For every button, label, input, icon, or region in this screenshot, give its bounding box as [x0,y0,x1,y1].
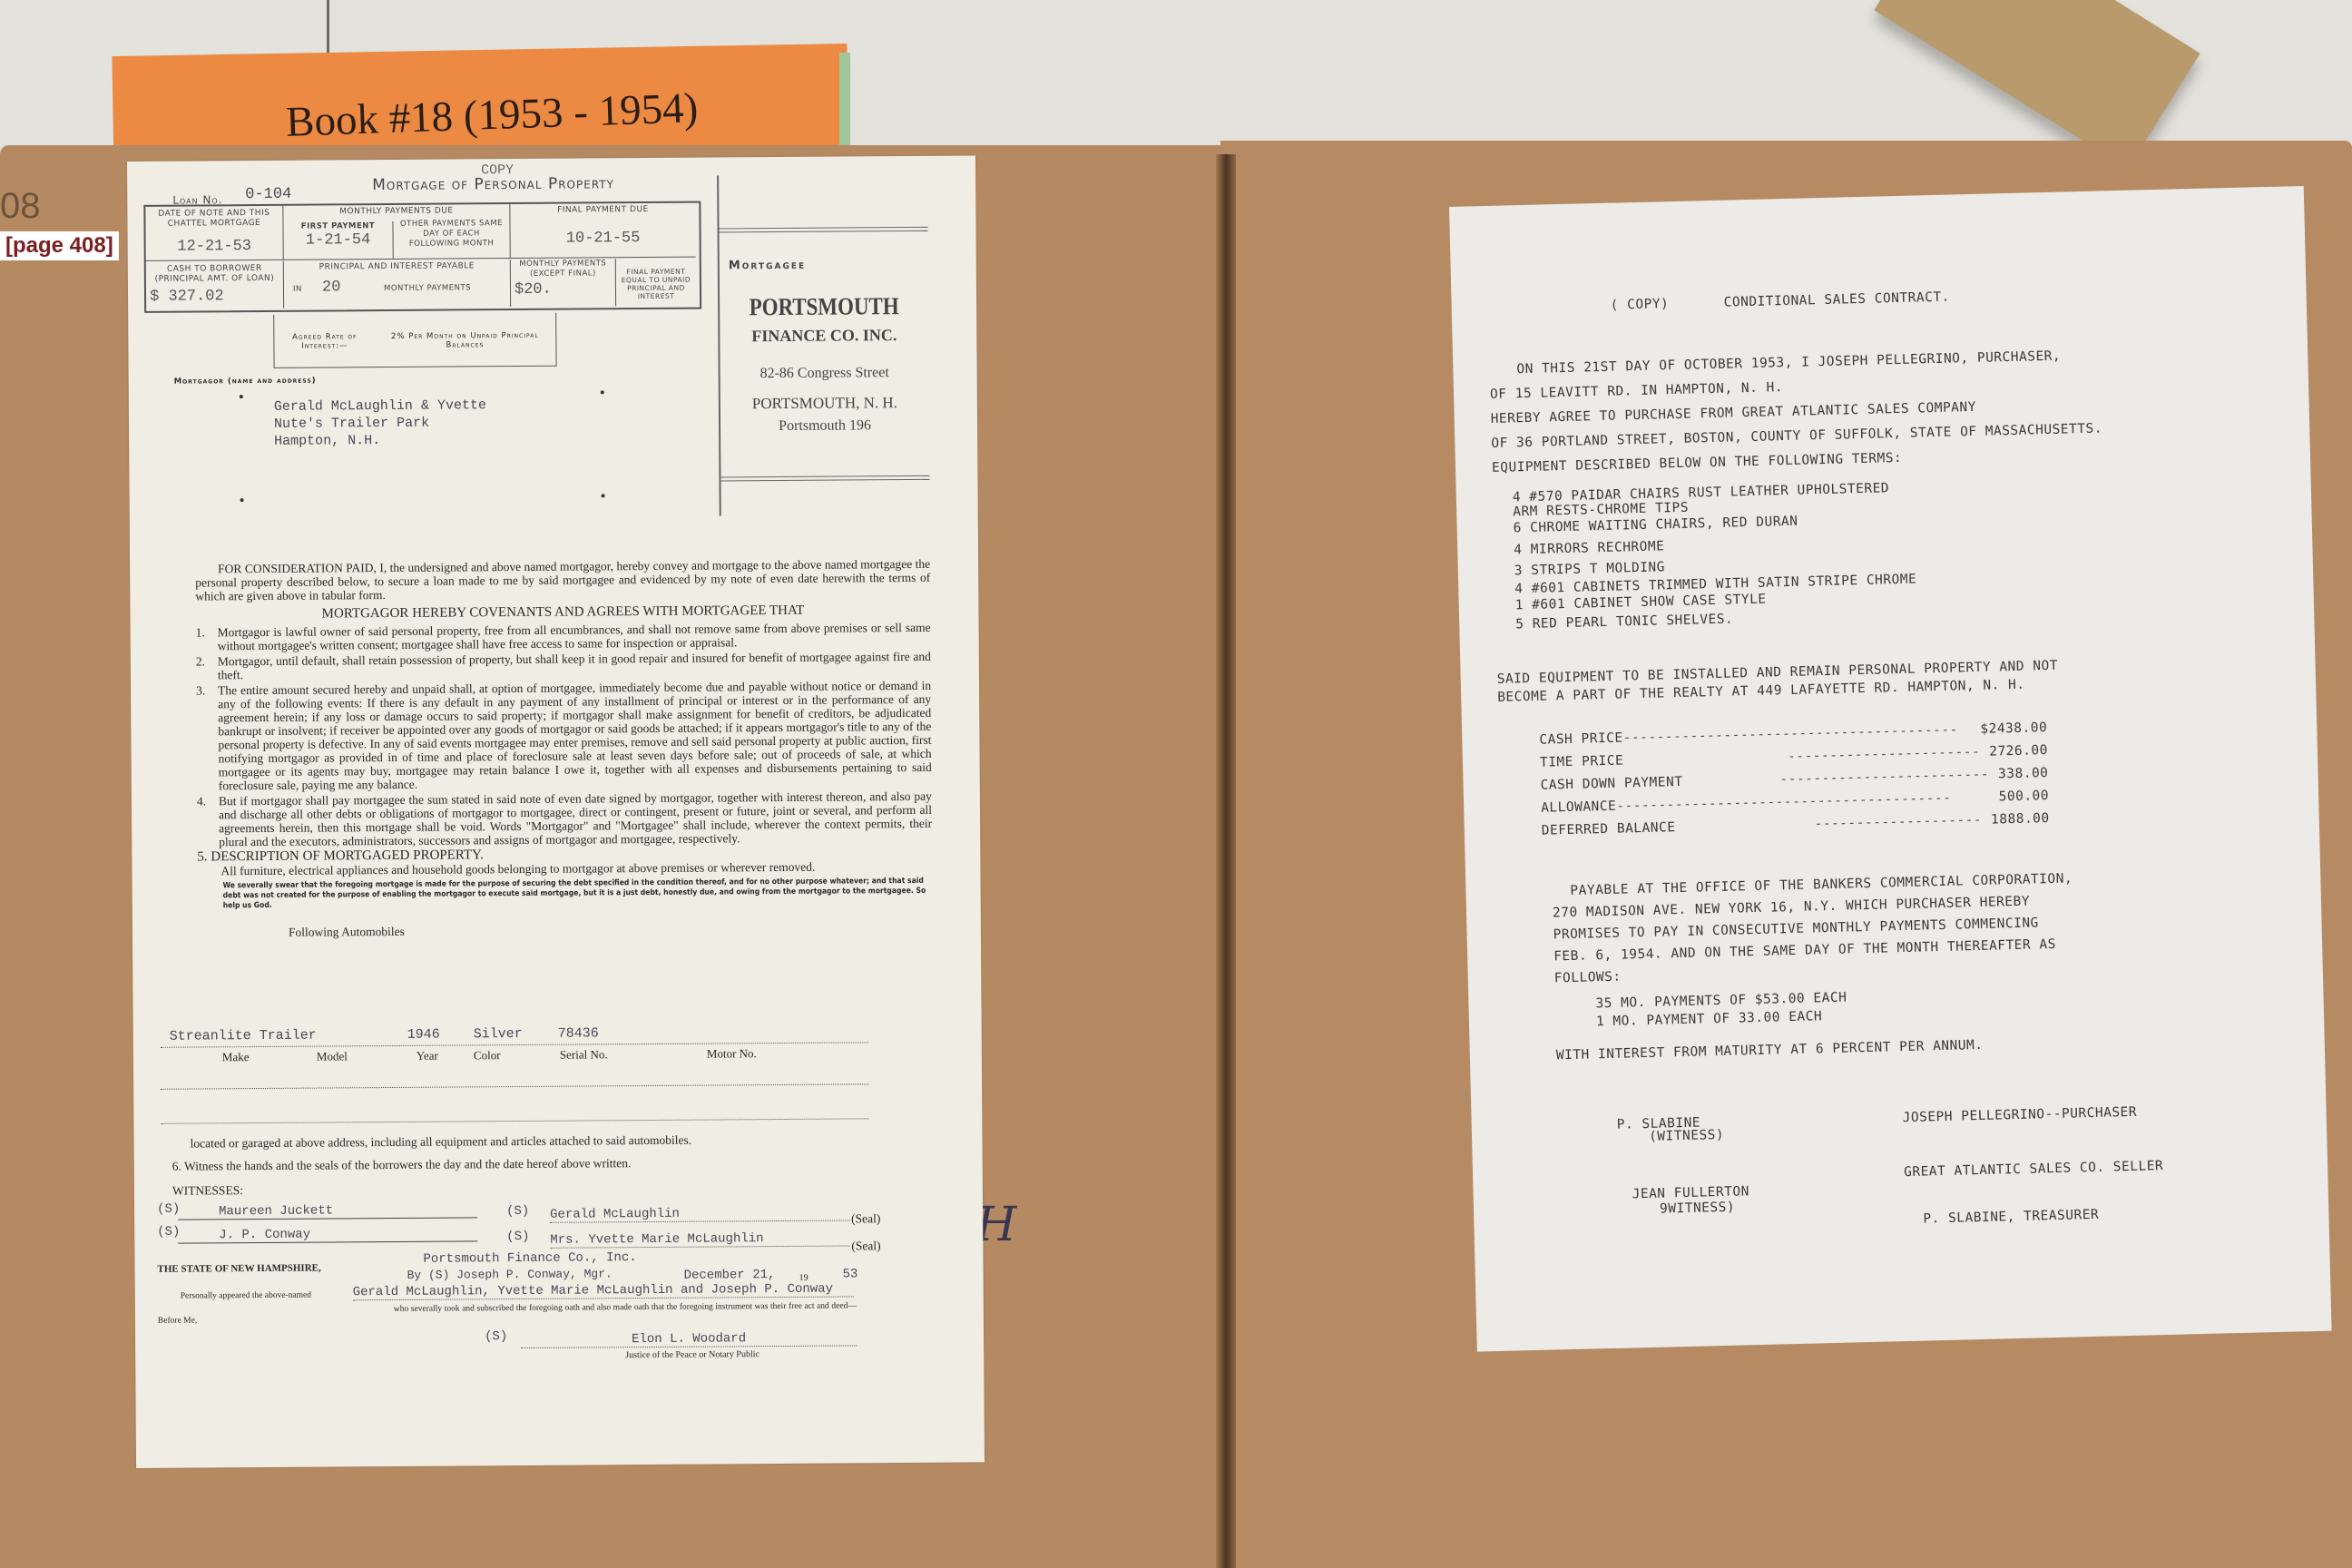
payment-schedule: 35 Mo. Payments of $53.00 each 1 Mo. Pay… [1595,989,1847,1032]
other-payments-label: Other Payments Same Day of Each Followin… [397,219,505,250]
clause-number: 1. [196,625,205,639]
col-color: Color [474,1048,501,1062]
clauses-list: 1.Mortgagor is lawful owner of said pers… [196,621,933,940]
price-label: Cash Price [1539,727,1623,751]
col-serial: Serial No. [560,1047,608,1061]
mortgagor-address: Gerald McLaughlin & Yvette Nute's Traile… [274,397,486,450]
col-make: Make [222,1050,250,1063]
oath-statement: who severally took and subscribed the fo… [158,1301,857,1326]
first-payment-label: First Payment [283,221,392,232]
s-mark: (S) [506,1204,529,1219]
appeared-label: Personally appeared the above-named [181,1289,311,1304]
mortgagee-name2: FINANCE CO. INC. [720,326,928,347]
clause-item: 3.The entire amount secured hereby and u… [196,679,932,793]
cash-value: $ 327.02 [146,291,283,302]
copy-mark: ( Copy) [1611,297,1670,313]
vehicle-columns: Make Model Year Color Serial No. Motor N… [161,1045,868,1064]
mortgagee-city: PORTSMOUTH, N. H. [720,394,929,414]
witness2-signature: J. P. Conway [178,1226,477,1243]
vehicle-make: Streanlite Trailer [170,1028,317,1044]
witness1-signature: Maureen Juckett [178,1202,477,1220]
clause-item: 1.Mortgagor is lawful owner of said pers… [196,621,931,653]
clause-number: 4. [197,794,206,808]
clause-text: Mortgagor is lawful owner of said person… [218,621,931,652]
contract-intro: On this 21st day of October 1953, I Jose… [1489,344,2103,481]
price-label: Cash Down Payment [1540,771,1682,798]
signer1-signature: Gerald McLaughlin [550,1205,849,1222]
punch-dot [240,498,244,502]
punch-dot [602,494,605,497]
vehicle-color: Silver [474,1026,523,1042]
mortgagee-label: Mortgagee [729,259,806,273]
seller-signature: Great Atlantic Sales Co. Seller [1904,1159,2163,1180]
clause-number: 3. [196,683,205,697]
seal-label: (Seal) [851,1239,880,1252]
monthly-payments-label: Monthly Payments [384,283,471,294]
notary-signature: Elon L. Woodard [521,1330,857,1348]
principal-label: Principal and Interest Payable [284,261,510,273]
appeared-names: Gerald McLaughlin, Yvette Marie McLaughl… [353,1281,854,1300]
price-label: Allowance [1541,796,1617,820]
located-text: located or garaged at above address, inc… [191,1132,898,1150]
punch-dot [601,390,604,394]
page-number-edge: 08 [0,186,41,227]
mortgagor-line: Nute's Trailer Park [274,414,486,433]
punch-dot [240,395,243,398]
mortgage-document: COPY Mortgage of Personal Property Loan … [127,155,985,1467]
purchaser-signature: Joseph Pellegrino--Purchaser [1902,1105,2137,1125]
intro-paragraph: FOR CONSIDERATION PAID, I, the undersign… [195,557,930,603]
divider [720,475,929,482]
mortgagor-line: Hampton, N.H. [274,431,486,450]
cash-label: Cash to Borrower (Principal Amt. of Loan… [146,264,283,285]
final-equal-label: Final Payment Equal to Unpaid Principal … [616,268,696,301]
loan-terms-table: Date of Note and This Chattel Mortgage 1… [143,201,701,313]
page-label: [page 408] [0,231,119,260]
year-suffix: 53 [843,1267,858,1281]
monthly-due-label: Monthly Payments Due [283,206,509,218]
sales-contract-document: ( Copy) Conditional Sales Contract. On t… [1449,186,2332,1352]
col-model: Model [317,1049,348,1063]
equipment-list: 4 #570 Paidar Chairs Rust Leather Uphols… [1513,479,1918,636]
mortgagee-phone: Portsmouth 196 [720,417,929,436]
mortgagor-label: Mortgagor (name and address) [174,377,317,387]
final-due-value: 10-21-55 [511,233,696,244]
s-mark: (S) [157,1202,180,1217]
clause6-text: 6. Witness the hands and the seals of th… [172,1154,880,1172]
rate-value: 2% Per Month on Unpaid Principal Balance… [383,331,546,350]
loan-number: 0-104 [245,186,291,203]
date-signature: December 21, [684,1268,776,1283]
divider [720,227,928,233]
interest-rate-box: Agreed Rate of Interest:— 2% Per Month o… [273,313,556,368]
vehicle-serial: 78436 [558,1025,599,1041]
vehicle-year: 1946 [407,1027,440,1043]
witness1-role: (Witness) [1649,1128,1724,1144]
price-value: $2438.00 [1980,717,2047,741]
clause-number: 2. [196,654,205,668]
payable-clause: Payable at the office of the Bankers Com… [1552,867,2075,989]
payments-count: 20 [322,282,340,292]
price-value: 2726.00 [1989,740,2048,764]
price-table: Cash Price------------------------------… [1539,717,2050,843]
price-value: 338.00 [1998,762,2049,786]
col-year: Year [416,1049,438,1063]
s-mark: (S) [157,1225,180,1240]
clause-text: Mortgagor, until default, shall retain p… [218,650,931,681]
seal-label: (Seal) [851,1211,880,1225]
price-label: Time Price [1540,750,1624,774]
rate-label: Agreed Rate of Interest:— [281,332,367,351]
state-label: THE STATE OF NEW HAMPSHIRE, [157,1262,320,1277]
blank-line [161,1118,868,1123]
price-value: 500.00 [1998,785,2049,808]
signer2-signature: Mrs. Yvette Marie McLaughlin [550,1230,849,1248]
s-mark: (S) [506,1230,529,1244]
contract-title: Conditional Sales Contract. [1723,290,1950,310]
treasurer-signature: P. Slabine, Treasurer [1923,1208,2099,1227]
clause-text: But if mortgagor shall pay mortgagee the… [219,789,932,848]
mortgagee-block: PORTSMOUTH FINANCE CO. INC. 82-86 Congre… [720,292,929,436]
interest-clause: with interest from Maturity at 6 percent… [1556,1038,1984,1063]
automobiles-label: Following Automobiles [198,921,933,940]
mortgagee-street: 82-86 Congress Street [720,365,929,383]
vehicle-line: Streanlite Trailer 1946 Silver 78436 [161,1024,868,1047]
col-motor: Motor No. [707,1046,757,1060]
price-label: Deferred Balance [1542,817,1676,843]
book-spine [1216,154,1236,1568]
date-label: Date of Note and This Chattel Mortgage [145,209,282,230]
blank-line [161,1083,868,1089]
oath-text: We severally swear that the foregoing mo… [198,877,933,912]
clause-item: 2.Mortgagor, until default, shall retain… [196,650,931,682]
witness2-signature: Jean Fullerton [1632,1184,1749,1201]
document-title: Mortgage of Personal Property [372,174,614,194]
mortgagee-name: PORTSMOUTH [735,292,913,321]
price-value: 1888.00 [1991,808,2050,832]
company-signature: Portsmouth Finance Co., Inc. [423,1250,636,1267]
s-mark: (S) [485,1329,507,1344]
installed-clause: Said equipment to be installed and remai… [1496,657,2058,707]
mortgagor-line: Gerald McLaughlin & Yvette [274,397,486,416]
covenants-heading: MORTGAGOR HEREBY COVENANTS AND AGREES WI… [195,603,930,623]
witness2-role: 9Witness) [1660,1200,1735,1217]
clause-text: The entire amount secured hereby and unp… [218,679,932,792]
monthly-except-label: Monthly Payments (Except Final) [511,259,615,279]
by-signature: By (S) Joseph P. Conway, Mgr. [407,1267,612,1282]
notary-label: Justice of the Peace or Notary Public [625,1347,759,1362]
clause-item: 4.But if mortgagor shall pay mortgagee t… [197,789,932,849]
in-label: In [293,285,302,295]
date-value: 12-21-53 [146,241,283,252]
final-due-label: Final Payment Due [510,205,695,216]
first-payment-value: 1-21-54 [284,235,393,246]
monthly-value: $20. [511,284,615,295]
witnesses-label: WITNESSES: [172,1183,243,1198]
